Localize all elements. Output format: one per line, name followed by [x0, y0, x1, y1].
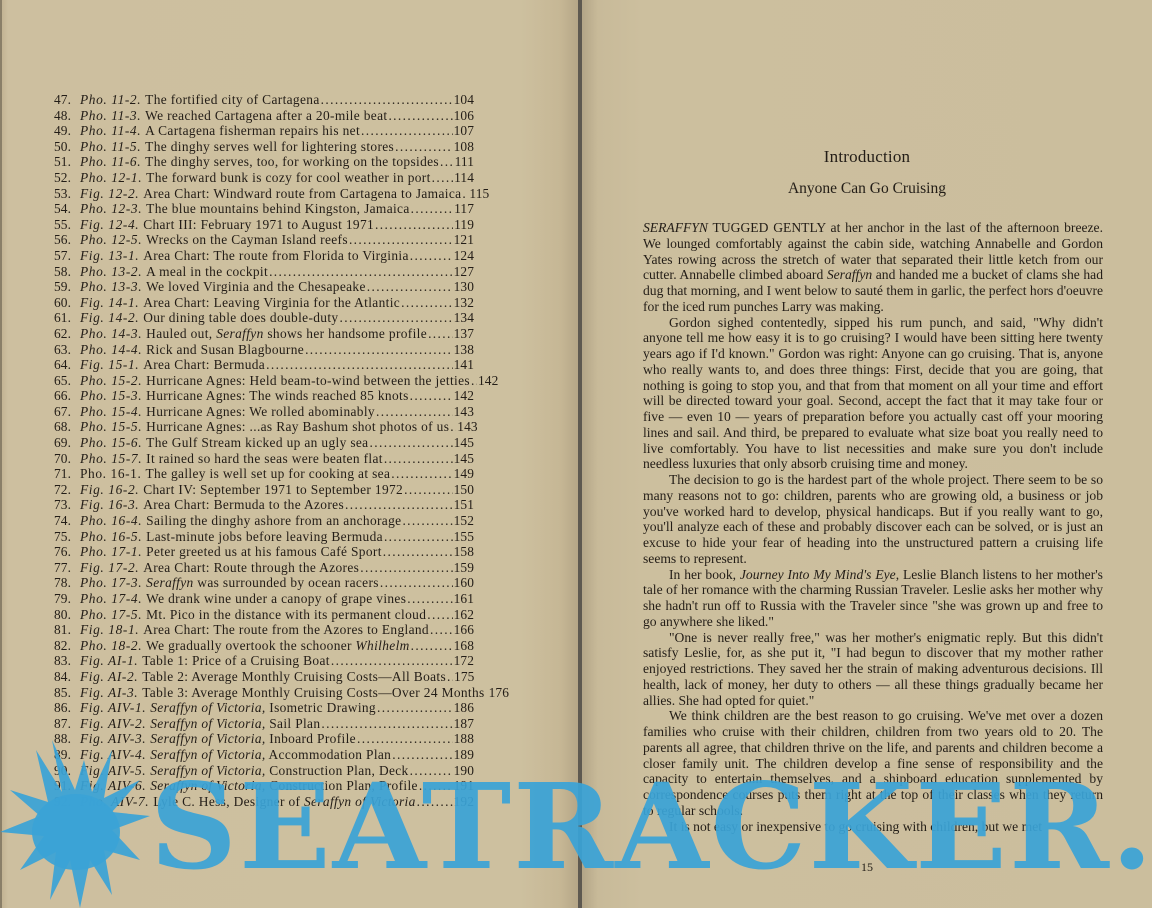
entry-title: The fortified city of Cartagena: [145, 92, 319, 108]
entry-page: 188: [454, 731, 474, 747]
entry-label: Pho. 13-2.: [80, 264, 142, 280]
entry-title: Seraffyn of Victoria, Sail Plan: [150, 716, 320, 732]
entry-number: 86.: [54, 700, 76, 716]
entry-label: Fig. AIV-5.: [80, 763, 146, 779]
entry-title: The Gulf Stream kicked up an ugly sea: [146, 435, 368, 451]
entry-title: Area Chart: Leaving Virginia for the Atl…: [143, 295, 400, 311]
entry-title: Seraffyn of Victoria, Inboard Profile: [150, 731, 356, 747]
entry-title: It rained so hard the seas were beaten f…: [146, 451, 383, 467]
entry-title: Hurricane Agnes: The winds reached 85 kn…: [146, 388, 408, 404]
entry-title: Area Chart: The route from Florida to Vi…: [143, 248, 409, 264]
dot-leader: [321, 716, 452, 732]
entry-number: 53.: [54, 186, 76, 202]
dot-leader: [417, 794, 453, 810]
entry-title: Last-minute jobs before leaving Bermuda: [146, 529, 383, 545]
entry-label: Fig. 16-3.: [80, 497, 139, 513]
entry-number: 81.: [54, 622, 76, 638]
dot-leader: [369, 435, 452, 451]
entry-label: Pho. 11-6.: [80, 154, 141, 170]
toc-entry: 48.Pho. 11-3.We reached Cartagena after …: [54, 108, 474, 124]
toc-entry: 92.Pho. AIV-7.Lyle C. Hess, Designer of …: [54, 794, 474, 810]
entry-label: Fig. 16-2.: [80, 482, 139, 498]
chapter-subtitle: Anyone Can Go Cruising: [582, 180, 1152, 198]
dot-leader: [357, 731, 453, 747]
entry-title: Seraffyn of Victoria, Construction Plan,…: [150, 763, 408, 779]
entry-label: Fig. 12-4.: [80, 217, 139, 233]
entry-label: Pho. 15-2.: [80, 373, 142, 389]
entry-title: We gradually overtook the schooner Whilh…: [146, 638, 410, 654]
dot-leader: [331, 653, 453, 669]
entry-title: Area Chart: The route from the Azores to…: [143, 622, 429, 638]
entry-number: 83.: [54, 653, 76, 669]
entry-page: 192: [454, 794, 474, 810]
entry-label: Fig. AIV-2.: [80, 716, 146, 732]
entry-title: Seraffyn of Victoria, Isometric Drawing: [150, 700, 376, 716]
entry-number: 77.: [54, 560, 76, 576]
entry-label: Fig. 14-1.: [80, 295, 139, 311]
entry-number: 70.: [54, 451, 76, 467]
entry-number: 60.: [54, 295, 76, 311]
toc-entry: 90.Fig. AIV-5.Seraffyn of Victoria, Cons…: [54, 763, 474, 779]
entry-number: 91.: [54, 778, 76, 794]
entry-title: Table 1: Price of a Cruising Boat: [142, 653, 330, 669]
entry-number: 71.: [54, 466, 76, 482]
paragraph: It is not easy or inexpensive to go crui…: [643, 819, 1103, 835]
entry-label: Pho. 17-3.: [80, 575, 142, 591]
entry-title: Peter greeted us at his famous Café Spor…: [146, 544, 382, 560]
book-spread: 47.Pho. 11-2.The fortified city of Carta…: [0, 0, 1152, 908]
entry-page: 176: [489, 685, 509, 701]
entry-number: 66.: [54, 388, 76, 404]
entry-number: 50.: [54, 139, 76, 155]
entry-number: 80.: [54, 607, 76, 623]
entry-label: Pho. 15-7.: [80, 451, 142, 467]
dot-leader: [410, 248, 453, 264]
entry-page: 191: [454, 778, 474, 794]
entry-label: Pho. 11-2.: [80, 92, 141, 108]
entry-label: Fig. 13-1.: [80, 248, 139, 264]
toc-entry: 87.Fig. AIV-2.Seraffyn of Victoria, Sail…: [54, 716, 474, 732]
entry-title: Wrecks on the Cayman Island reefs: [146, 232, 348, 248]
toc-entry: 83.Fig. AI-1.Table 1: Price of a Cruisin…: [54, 653, 474, 669]
toc-entry: 58.Pho. 13-2.A meal in the cockpit127: [54, 264, 474, 280]
dot-leader: [411, 201, 453, 217]
entry-title: The galley is well set up for cooking at…: [145, 466, 390, 482]
dot-leader: [419, 778, 453, 794]
toc-entry: 64.Fig. 15-1.Area Chart: Bermuda141: [54, 357, 474, 373]
toc-entry: 85.Fig. AI-3.Table 3: Average Monthly Cr…: [54, 685, 474, 701]
dot-leader: [401, 295, 453, 311]
entry-number: 58.: [54, 264, 76, 280]
entry-label: Pho. 17-5.: [80, 607, 142, 623]
toc-entry: 71.Pho. 16-1.The galley is well set up f…: [54, 466, 474, 482]
toc-entry: 74.Pho. 16-4.Sailing the dinghy ashore f…: [54, 513, 474, 529]
dot-leader: [269, 264, 453, 280]
dot-leader: [391, 466, 452, 482]
entry-number: 59.: [54, 279, 76, 295]
entry-title: Lyle C. Hess, Designer of Seraffyn of Vi…: [153, 794, 415, 810]
entry-page: 168: [454, 638, 474, 654]
entry-number: 49.: [54, 123, 76, 139]
toc-entry: 77.Fig. 17-2.Area Chart: Route through t…: [54, 560, 474, 576]
toc-entry: 72.Fig. 16-2.Chart IV: September 1971 to…: [54, 482, 474, 498]
entry-title: The forward bunk is cozy for cool weathe…: [146, 170, 431, 186]
entry-page: 151: [454, 497, 474, 513]
entry-page: 150: [454, 482, 474, 498]
entry-page: 104: [454, 92, 474, 108]
toc-entry: 75.Pho. 16-5.Last-minute jobs before lea…: [54, 529, 474, 545]
entry-page: 143: [454, 404, 474, 420]
entry-number: 63.: [54, 342, 76, 358]
toc-entry: 66.Pho. 15-3.Hurricane Agnes: The winds …: [54, 388, 474, 404]
dot-leader: [376, 404, 453, 420]
toc-entry: 59.Pho. 13-3.We loved Virginia and the C…: [54, 279, 474, 295]
entry-page: 108: [454, 139, 474, 155]
entry-label: Pho. 12-3.: [80, 201, 142, 217]
toc-entry: 47.Pho. 11-2.The fortified city of Carta…: [54, 92, 474, 108]
toc-entry: 81.Fig. 18-1.Area Chart: The route from …: [54, 622, 474, 638]
entry-title: A meal in the cockpit: [146, 264, 268, 280]
entry-label: Fig. AI-2.: [80, 669, 138, 685]
paragraph: The decision to go is the hardest part o…: [643, 472, 1103, 567]
entry-title: Area Chart: Windward route from Cartagen…: [143, 186, 461, 202]
entry-label: Fig. AI-3.: [80, 685, 138, 701]
toc-entry: 84.Fig. AI-2.Table 2: Average Monthly Cr…: [54, 669, 474, 685]
entry-title: Area Chart: Bermuda to the Azores: [143, 497, 344, 513]
entry-number: 54.: [54, 201, 76, 217]
entry-number: 51.: [54, 154, 76, 170]
entry-number: 89.: [54, 747, 76, 763]
entry-title: The dinghy serves well for lightering st…: [145, 139, 394, 155]
entry-label: Pho. 15-3.: [80, 388, 142, 404]
entry-label: Pho. 16-4.: [80, 513, 142, 529]
dot-leader: [427, 607, 452, 623]
dot-leader: [447, 669, 453, 685]
entry-label: Fig. AIV-6.: [80, 778, 146, 794]
entry-page: 158: [454, 544, 474, 560]
dot-leader: [430, 622, 453, 638]
toc-entry: 52.Pho. 12-1.The forward bunk is cozy fo…: [54, 170, 474, 186]
dot-leader: [395, 139, 452, 155]
entry-number: 56.: [54, 232, 76, 248]
dot-leader: [411, 638, 453, 654]
toc-entry: 50.Pho. 11-5.The dinghy serves well for …: [54, 139, 474, 155]
paragraph: Gordon sighed contentedly, sipped his ru…: [643, 315, 1103, 473]
dot-leader: [410, 763, 453, 779]
entry-page: 155: [454, 529, 474, 545]
entry-label: Pho. 14-4.: [80, 342, 142, 358]
entry-page: 152: [454, 513, 474, 529]
dot-leader: [440, 154, 454, 170]
dot-leader: [428, 326, 453, 342]
entry-title: Seraffyn of Victoria, Accommodation Plan: [150, 747, 391, 763]
dot-leader: [377, 700, 453, 716]
entry-title: Chart IV: September 1971 to September 19…: [143, 482, 403, 498]
entry-label: Fig. 18-1.: [80, 622, 139, 638]
dot-leader: [321, 92, 453, 108]
entry-page: 132: [454, 295, 474, 311]
toc-entry: 65.Pho. 15-2.Hurricane Agnes: Held beam-…: [54, 373, 474, 389]
entry-label: Pho. 11-4.: [80, 123, 141, 139]
toc-entry: 53.Fig. 12-2.Area Chart: Windward route …: [54, 186, 474, 202]
entry-label: Pho. 12-5.: [80, 232, 142, 248]
entry-page: 142: [478, 373, 498, 389]
entry-label: Pho. 16-5.: [80, 529, 142, 545]
dot-leader: [375, 217, 453, 233]
entry-label: Pho. 11-5.: [80, 139, 141, 155]
toc-entry: 63.Pho. 14-4.Rick and Susan Blagbourne13…: [54, 342, 474, 358]
entry-title: Rick and Susan Blagbourne: [146, 342, 304, 358]
entry-number: 72.: [54, 482, 76, 498]
entry-title: Table 3: Average Monthly Cruising Costs—…: [142, 685, 484, 701]
entry-page: 145: [454, 451, 474, 467]
toc-entry: 88.Fig. AIV-3.Seraffyn of Victoria, Inbo…: [54, 731, 474, 747]
entry-title: Sailing the dinghy ashore from an anchor…: [146, 513, 401, 529]
toc-entry: 70.Pho. 15-7.It rained so hard the seas …: [54, 451, 474, 467]
entry-label: Fig. AIV-1.: [80, 700, 146, 716]
toc-entry: 79.Pho. 17-4.We drank wine under a canop…: [54, 591, 474, 607]
dot-leader: [367, 279, 453, 295]
dot-leader: [361, 123, 453, 139]
entry-number: 68.: [54, 419, 76, 435]
entry-title: We loved Virginia and the Chesapeake: [146, 279, 366, 295]
entry-title: Chart III: February 1971 to August 1971: [143, 217, 374, 233]
entry-number: 61.: [54, 310, 76, 326]
entry-number: 67.: [54, 404, 76, 420]
entry-page: 172: [454, 653, 474, 669]
toc-entry: 51.Pho. 11-6.The dinghy serves, too, for…: [54, 154, 474, 170]
dot-leader: [471, 373, 477, 389]
entry-page: 187: [454, 716, 474, 732]
entry-page: 114: [454, 170, 474, 186]
entry-title: Area Chart: Route through the Azores: [143, 560, 359, 576]
entry-page: 111: [455, 154, 474, 170]
entry-label: Pho. 13-3.: [80, 279, 142, 295]
entry-page: 117: [454, 201, 474, 217]
toc-entry: 54.Pho. 12-3.The blue mountains behind K…: [54, 201, 474, 217]
toc-entry: 86.Fig. AIV-1.Seraffyn of Victoria, Isom…: [54, 700, 474, 716]
entry-label: Pho. 15-6.: [80, 435, 142, 451]
entry-label: Pho. 15-5.: [80, 419, 142, 435]
entry-number: 88.: [54, 731, 76, 747]
toc-entry: 73.Fig. 16-3.Area Chart: Bermuda to the …: [54, 497, 474, 513]
toc-entry: 69.Pho. 15-6.The Gulf Stream kicked up a…: [54, 435, 474, 451]
entry-label: Fig. 14-2.: [80, 310, 139, 326]
dot-leader: [402, 513, 452, 529]
page-number: 15: [582, 860, 1152, 875]
entry-number: 57.: [54, 248, 76, 264]
entry-number: 73.: [54, 497, 76, 513]
chapter-title: Introduction: [582, 147, 1152, 167]
entry-page: 134: [454, 310, 474, 326]
dot-leader: [410, 388, 453, 404]
toc-entry: 62.Pho. 14-3.Hauled out, Seraffyn shows …: [54, 326, 474, 342]
dot-leader: [407, 591, 452, 607]
toc-entry: 80.Pho. 17-5.Mt. Pico in the distance wi…: [54, 607, 474, 623]
entry-page: 175: [454, 669, 474, 685]
entry-label: Pho. 12-1.: [80, 170, 142, 186]
entry-number: 79.: [54, 591, 76, 607]
dot-leader: [384, 451, 453, 467]
toc-entry: 55.Fig. 12-4.Chart III: February 1971 to…: [54, 217, 474, 233]
entry-page: 141: [454, 357, 474, 373]
entry-title: A Cartagena fisherman repairs his net: [145, 123, 360, 139]
entry-label: Pho. 15-4.: [80, 404, 142, 420]
entry-number: 76.: [54, 544, 76, 560]
entry-title: Our dining table does double-duty: [143, 310, 338, 326]
dot-leader: [305, 342, 453, 358]
entry-title: The blue mountains behind Kingston, Jama…: [146, 201, 409, 217]
dot-leader: [432, 170, 453, 186]
entry-label: Fig. AIV-4.: [80, 747, 146, 763]
entry-number: 75.: [54, 529, 76, 545]
entry-number: 82.: [54, 638, 76, 654]
entry-page: 145: [454, 435, 474, 451]
entry-label: Fig. 15-1.: [80, 357, 139, 373]
toc-entry: 61.Fig. 14-2.Our dining table does doubl…: [54, 310, 474, 326]
entry-number: 74.: [54, 513, 76, 529]
entry-page: 186: [454, 700, 474, 716]
dot-leader: [404, 482, 453, 498]
entry-page: 160: [454, 575, 474, 591]
entry-number: 84.: [54, 669, 76, 685]
entry-number: 87.: [54, 716, 76, 732]
entry-title: Hurricane Agnes: We rolled abominably: [146, 404, 375, 420]
entry-number: 55.: [54, 217, 76, 233]
toc-entry: 60.Fig. 14-1.Area Chart: Leaving Virgini…: [54, 295, 474, 311]
entry-label: Pho. 11-3.: [80, 108, 141, 124]
entry-title: Area Chart: Bermuda: [143, 357, 265, 373]
entry-page: 142: [454, 388, 474, 404]
entry-title: Hurricane Agnes: ...as Ray Bashum shot p…: [146, 419, 449, 435]
dot-leader: [266, 357, 453, 373]
entry-label: Fig. AI-1.: [80, 653, 138, 669]
dot-leader: [339, 310, 452, 326]
entry-page: 190: [454, 763, 474, 779]
entry-page: 130: [454, 279, 474, 295]
dot-leader: [462, 186, 468, 202]
entry-page: 166: [454, 622, 474, 638]
entry-title: Seraffyn was surrounded by ocean racers: [146, 575, 379, 591]
entry-title: We reached Cartagena after a 20-mile bea…: [145, 108, 387, 124]
entry-label: Pho. 17-1.: [80, 544, 142, 560]
entry-number: 65.: [54, 373, 76, 389]
dot-leader: [345, 497, 453, 513]
entry-page: 143: [457, 419, 477, 435]
entry-label: Pho. 17-4.: [80, 591, 142, 607]
entry-label: Fig. AIV-3.: [80, 731, 146, 747]
entry-label: Pho. AIV-7.: [80, 794, 149, 810]
entry-page: 119: [454, 217, 474, 233]
entry-title: Hauled out, Seraffyn shows her handsome …: [146, 326, 427, 342]
entry-title: Table 2: Average Monthly Cruising Costs—…: [142, 669, 446, 685]
toc-entry: 49.Pho. 11-4.A Cartagena fisherman repai…: [54, 123, 474, 139]
entry-label: Fig. 12-2.: [80, 186, 139, 202]
entry-number: 78.: [54, 575, 76, 591]
entry-label: Pho. 18-2.: [80, 638, 142, 654]
entry-page: 189: [454, 747, 474, 763]
paragraph: "One is never really free," was her moth…: [643, 630, 1103, 709]
entry-number: 90.: [54, 763, 76, 779]
entry-page: 115: [469, 186, 489, 202]
toc-entry: 57.Fig. 13-1.Area Chart: The route from …: [54, 248, 474, 264]
entry-number: 47.: [54, 92, 76, 108]
entry-number: 52.: [54, 170, 76, 186]
dot-leader: [392, 747, 452, 763]
toc-entry: 68.Pho. 15-5.Hurricane Agnes: ...as Ray …: [54, 419, 474, 435]
dot-leader: [388, 108, 452, 124]
entry-label: Pho. 14-3.: [80, 326, 142, 342]
dot-leader: [360, 560, 452, 576]
paragraph: In her book, Journey Into My Mind's Eye,…: [643, 567, 1103, 630]
entry-number: 85.: [54, 685, 76, 701]
entry-number: 62.: [54, 326, 76, 342]
entry-page: 162: [454, 607, 474, 623]
entry-page: 161: [454, 591, 474, 607]
entry-title: Seraffyn of Victoria, Construction Plan,…: [150, 778, 418, 794]
entry-page: 121: [454, 232, 474, 248]
list-of-illustrations: 47.Pho. 11-2.The fortified city of Carta…: [54, 92, 474, 809]
entry-page: 159: [454, 560, 474, 576]
dot-leader: [349, 232, 453, 248]
toc-entry: 56.Pho. 12-5.Wrecks on the Cayman Island…: [54, 232, 474, 248]
toc-entry: 89.Fig. AIV-4.Seraffyn of Victoria, Acco…: [54, 747, 474, 763]
entry-label: Fig. 17-2.: [80, 560, 139, 576]
entry-number: 48.: [54, 108, 76, 124]
entry-title: Hurricane Agnes: Held beam-to-wind betwe…: [146, 373, 470, 389]
entry-number: 64.: [54, 357, 76, 373]
entry-page: 149: [454, 466, 474, 482]
dot-leader: [384, 529, 453, 545]
dot-leader: [380, 575, 453, 591]
entry-page: 127: [454, 264, 474, 280]
paragraph: SERAFFYN TUGGED GENTLY at her anchor in …: [643, 220, 1103, 315]
entry-page: 138: [454, 342, 474, 358]
toc-entry: 82.Pho. 18-2.We gradually overtook the s…: [54, 638, 474, 654]
toc-entry: 67.Pho. 15-4.Hurricane Agnes: We rolled …: [54, 404, 474, 420]
entry-number: 92.: [54, 794, 76, 810]
entry-label: Pho. 16-1.: [80, 466, 141, 482]
chapter-body-text: SERAFFYN TUGGED GENTLY at her anchor in …: [643, 220, 1103, 834]
entry-title: We drank wine under a canopy of grape vi…: [146, 591, 406, 607]
dot-leader: [383, 544, 453, 560]
entry-title: The dinghy serves, too, for working on t…: [145, 154, 439, 170]
dot-leader: [450, 419, 456, 435]
toc-entry: 76.Pho. 17-1.Peter greeted us at his fam…: [54, 544, 474, 560]
entry-page: 124: [454, 248, 474, 264]
entry-page: 107: [454, 123, 474, 139]
toc-entry: 78.Pho. 17-3.Seraffyn was surrounded by …: [54, 575, 474, 591]
paragraph: We think children are the best reason to…: [643, 708, 1103, 818]
entry-page: 137: [454, 326, 474, 342]
toc-entry: 91.Fig. AIV-6.Seraffyn of Victoria, Cons…: [54, 778, 474, 794]
entry-page: 106: [454, 108, 474, 124]
page-edge: [0, 0, 2, 908]
entry-title: Mt. Pico in the distance with its perman…: [146, 607, 426, 623]
entry-number: 69.: [54, 435, 76, 451]
